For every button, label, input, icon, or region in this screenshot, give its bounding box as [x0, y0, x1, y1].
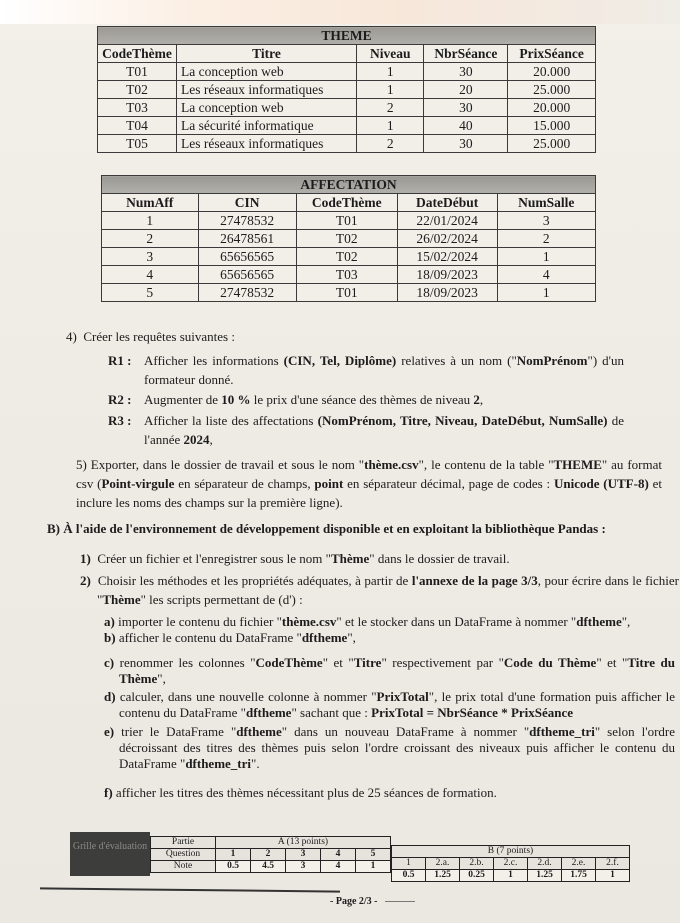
- table-row: T03La conception web23020.000: [98, 99, 596, 117]
- sub-item-d: d) calculer, dans une nouvelle colonne à…: [104, 689, 675, 721]
- table-row: 127478532T0122/01/20243: [102, 212, 596, 230]
- affectation_table-cell: 26478561: [198, 230, 296, 248]
- q5-text: en séparateur décimal, page de codes :: [343, 476, 554, 491]
- grading-grid-title: Grille d'évaluation: [70, 832, 150, 876]
- theme_table-cell: 2: [357, 99, 424, 117]
- theme_table-cell: La sécurité informatique: [176, 117, 356, 135]
- sub-item-b: b) afficher le contenu du DataFrame "dft…: [104, 630, 675, 646]
- theme-table: THEME CodeThème Titre Niveau NbrSéance P…: [97, 26, 596, 153]
- request-r2: R2 :Augmenter de 10 % le prix d'une séan…: [108, 390, 628, 409]
- theme_table-cell: 30: [424, 99, 508, 117]
- grid-note: 0.5: [216, 861, 251, 873]
- request-r3: R3 :Afficher la liste des affectations (…: [108, 411, 628, 449]
- request-label: R2 :: [108, 390, 144, 409]
- affectation_table-cell: 18/09/2023: [397, 284, 497, 302]
- affectation-table-caption: AFFECTATION: [102, 176, 596, 194]
- grid-question: 2.e.: [562, 858, 596, 870]
- theme-header-prixseance: PrixSéance: [508, 45, 596, 63]
- grid-note: 1: [596, 870, 630, 882]
- request-text: Augmenter de 10 % le prix d'une séance d…: [144, 390, 624, 409]
- grid-question: 2: [251, 849, 286, 861]
- affectation-table: AFFECTATION NumAff CIN CodeThème DateDéb…: [101, 175, 596, 302]
- grid-note: 1: [356, 861, 391, 873]
- b2-filename: Thème: [102, 592, 140, 607]
- theme_table-cell: T02: [98, 81, 177, 99]
- sub-item-e: e) trier le DataFrame "dftheme" dans un …: [104, 724, 675, 772]
- question-5-number: 5): [76, 457, 87, 472]
- theme_table-cell: La conception web: [176, 99, 356, 117]
- affectation_table-cell: 3: [102, 248, 199, 266]
- theme-header-titre: Titre: [176, 45, 356, 63]
- grid-question: 2.d.: [528, 858, 562, 870]
- page-number: - Page 2/3 -: [330, 896, 378, 907]
- table-row: 527478532T0118/09/20231: [102, 284, 596, 302]
- affectation_table-cell: 22/01/2024: [397, 212, 497, 230]
- theme_table-cell: 1: [357, 81, 424, 99]
- theme_table-cell: T05: [98, 135, 177, 153]
- table-row: 226478561T0226/02/20242: [102, 230, 596, 248]
- affectation_table-cell: 1: [497, 284, 595, 302]
- q5-separator: Point-virgule: [101, 476, 174, 491]
- affectation_table-cell: T03: [296, 266, 397, 284]
- theme_table-cell: La conception web: [176, 63, 356, 81]
- request-r1: R1 :Afficher les informations (CIN, Tel,…: [108, 351, 628, 389]
- table-row: T02Les réseaux informatiques12025.000: [98, 81, 596, 99]
- theme_table-cell: T03: [98, 99, 177, 117]
- grid-question: 5: [356, 849, 391, 861]
- grid-note: 0.25: [460, 870, 494, 882]
- b1-filename: Thème: [331, 551, 369, 566]
- affect-header-numsalle: NumSalle: [497, 194, 595, 212]
- grid-note: 1.25: [528, 870, 562, 882]
- theme_table-cell: 25.000: [508, 135, 596, 153]
- b1-text: Créer un fichier et l'enregistrer sous l…: [97, 551, 331, 566]
- grid-label: Question: [151, 849, 216, 861]
- theme-table-caption: THEME: [98, 27, 596, 45]
- grid-question: 2.a.: [426, 858, 460, 870]
- question-4: 4) Créer les requêtes suivantes :: [66, 328, 235, 345]
- affectation_table-cell: 2: [102, 230, 199, 248]
- grid-note: 0.5: [392, 870, 426, 882]
- theme-header-niveau: Niveau: [357, 45, 424, 63]
- grid-question: 3: [286, 849, 321, 861]
- question-4-text: Créer les requêtes suivantes :: [83, 329, 235, 344]
- b1-text: " dans le dossier de travail.: [369, 551, 509, 566]
- affectation_table-cell: 65656565: [198, 248, 296, 266]
- question-5: 5) Exporter, dans le dossier de travail …: [76, 455, 662, 512]
- grid-part-b-label: B (7 points): [392, 846, 630, 858]
- affectation_table-cell: 4: [497, 266, 595, 284]
- affect-header-numaff: NumAff: [102, 194, 199, 212]
- table-row: 365656565T0215/02/20241: [102, 248, 596, 266]
- affectation_table-cell: 18/09/2023: [397, 266, 497, 284]
- theme_table-cell: 25.000: [508, 81, 596, 99]
- grid-label: Note: [151, 861, 216, 873]
- q5-text: en séparateur de champs,: [174, 476, 314, 491]
- theme_table-cell: Les réseaux informatiques: [176, 135, 356, 153]
- affect-header-codetheme: CodeThème: [296, 194, 397, 212]
- table-row: T05Les réseaux informatiques23025.000: [98, 135, 596, 153]
- affectation_table-cell: 27478532: [198, 284, 296, 302]
- b2-text: Choisir les méthodes et les propriétés a…: [98, 573, 412, 588]
- footer-divider-short: [385, 901, 415, 902]
- request-text: Afficher les informations (CIN, Tel, Dip…: [144, 351, 624, 389]
- theme_table-cell: 20: [424, 81, 508, 99]
- grid-question: 1: [392, 858, 426, 870]
- theme_table-cell: 2: [357, 135, 424, 153]
- q5-table-name: THEME: [554, 457, 602, 472]
- theme_table-cell: 20.000: [508, 99, 596, 117]
- affectation_table-cell: 26/02/2024: [397, 230, 497, 248]
- theme_table-cell: 30: [424, 135, 508, 153]
- affectation_table-cell: 3: [497, 212, 595, 230]
- part-b-heading: B) À l'aide de l'environnement de dévelo…: [47, 520, 606, 537]
- theme_table-cell: 30: [424, 63, 508, 81]
- grid-part-a-label: A (13 points): [216, 837, 391, 849]
- table-row: 465656565T0318/09/20234: [102, 266, 596, 284]
- affectation_table-cell: 65656565: [198, 266, 296, 284]
- affectation_table-cell: 1: [497, 248, 595, 266]
- request-label: R3 :: [108, 411, 144, 430]
- grid-question: 2.b.: [460, 858, 494, 870]
- grid-question: 2.c.: [494, 858, 528, 870]
- b2-number: 2): [80, 573, 91, 588]
- b1-number: 1): [80, 551, 91, 566]
- theme_table-cell: 1: [357, 63, 424, 81]
- affectation_table-cell: T02: [296, 230, 397, 248]
- footer-divider: [40, 887, 340, 892]
- affectation_table-cell: 15/02/2024: [397, 248, 497, 266]
- question-4-number: 4): [66, 329, 77, 344]
- table-row: T01La conception web13020.000: [98, 63, 596, 81]
- b2-annex: l'annexe de la page 3/3: [412, 573, 538, 588]
- affectation_table-cell: T02: [296, 248, 397, 266]
- q5-text: ", le contenu de la table ": [419, 457, 554, 472]
- theme_table-cell: T01: [98, 63, 177, 81]
- affectation_table-cell: 2: [497, 230, 595, 248]
- affectation_table-cell: T01: [296, 284, 397, 302]
- affect-header-datedebut: DateDébut: [397, 194, 497, 212]
- grid-note: 3: [286, 861, 321, 873]
- grid-question: 2.f.: [596, 858, 630, 870]
- affectation_table-cell: 4: [102, 266, 199, 284]
- theme_table-cell: T04: [98, 117, 177, 135]
- theme_table-cell: 40: [424, 117, 508, 135]
- photo-background: [0, 0, 680, 24]
- affectation_table-cell: T01: [296, 212, 397, 230]
- grid-note: 1.75: [562, 870, 596, 882]
- theme_table-cell: 15.000: [508, 117, 596, 135]
- sub-item-f: f) afficher les titres des thèmes nécess…: [104, 785, 675, 801]
- grid-note: 4.5: [251, 861, 286, 873]
- theme-header-nbrseance: NbrSéance: [424, 45, 508, 63]
- affect-header-cin: CIN: [198, 194, 296, 212]
- q5-encoding: Unicode (UTF-8): [554, 476, 649, 491]
- theme-header-codetheme: CodeThème: [98, 45, 177, 63]
- part-b-question-1: 1) Créer un fichier et l'enregistrer sou…: [80, 549, 670, 568]
- grading-grid-part-b: B (7 points)12.a.2.b.2.c.2.d.2.e.2.f.0.5…: [391, 845, 630, 882]
- b2-text: " les scripts permettant de (d') :: [141, 592, 303, 607]
- request-text: Afficher la liste des affectations (NomP…: [144, 411, 624, 449]
- part-b-question-2: 2) Choisir les méthodes et les propriété…: [80, 571, 679, 609]
- grid-question: 4: [321, 849, 356, 861]
- sub-item-a: a) importer le contenu du fichier "thème…: [104, 614, 675, 630]
- q5-decimal: point: [314, 476, 343, 491]
- grid-note: 1: [494, 870, 528, 882]
- request-label: R1 :: [108, 351, 144, 370]
- grid-note: 1.25: [426, 870, 460, 882]
- table-row: T04La sécurité informatique14015.000: [98, 117, 596, 135]
- affectation_table-cell: 5: [102, 284, 199, 302]
- affectation_table-cell: 1: [102, 212, 199, 230]
- sub-item-c: c) renommer les colonnes "CodeThème" et …: [104, 655, 675, 687]
- theme_table-cell: Les réseaux informatiques: [176, 81, 356, 99]
- grid-question: 1: [216, 849, 251, 861]
- theme_table-cell: 20.000: [508, 63, 596, 81]
- grid-label: Partie: [151, 837, 216, 849]
- theme_table-cell: 1: [357, 117, 424, 135]
- affectation_table-cell: 27478532: [198, 212, 296, 230]
- grading-grid-part-a: PartieA (13 points)Question12345Note0.54…: [150, 836, 391, 873]
- q5-filename: thème.csv: [364, 457, 419, 472]
- grid-note: 4: [321, 861, 356, 873]
- q5-text: Exporter, dans le dossier de travail et …: [91, 457, 364, 472]
